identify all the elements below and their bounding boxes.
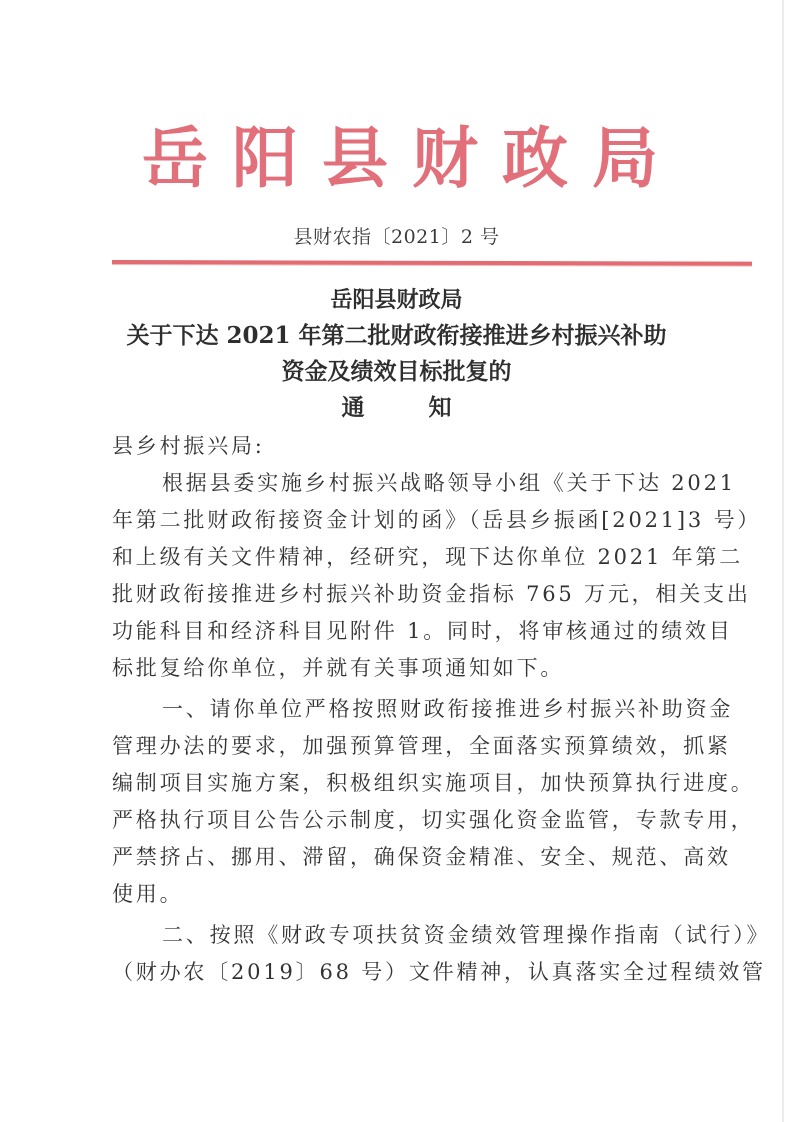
body-line: 一、请你单位严格按照财政衔接推进乡村振兴补助资金 <box>112 691 702 728</box>
title-notice: 通 知 <box>0 390 793 426</box>
body-line: （财办农〔2019〕68 号）文件精神，认真落实全过程绩效管 <box>112 954 702 991</box>
document-title: 岳阳县财政局 关于下达 2021 年第二批财政衔接推进乡村振兴补助 资金及绩效目… <box>0 282 793 426</box>
body-line: 年第二批财政衔接资金计划的函》（岳县乡振函[2021]3 号） <box>112 502 702 539</box>
body-line: 严格执行项目公告公示制度，切实强化资金监管，专款专用， <box>112 802 702 839</box>
body-line: 使用。 <box>112 876 702 913</box>
page-edge-shadow <box>782 0 784 1122</box>
org-header-char: 政 <box>500 125 570 191</box>
body-line: 管理办法的要求，加强预算管理，全面落实预算绩效，抓紧 <box>112 728 702 765</box>
paragraph-item-2: 二、按照《财政专项扶贫资金绩效管理操作指南（试行）》 （财办农〔2019〕68 … <box>112 917 702 991</box>
paragraph-intro: 根据县委实施乡村振兴战略领导小组《关于下达 2021 年第二批财政衔接资金计划的… <box>112 465 702 687</box>
title-line-1: 关于下达 2021 年第二批财政衔接推进乡村振兴补助 <box>0 318 793 354</box>
title-line-2: 资金及绩效目标批复的 <box>0 354 793 390</box>
body-line: 标批复给你单位，并就有关事项通知如下。 <box>112 650 702 687</box>
paragraph-item-1: 一、请你单位严格按照财政衔接推进乡村振兴补助资金 管理办法的要求，加强预算管理，… <box>112 691 702 913</box>
body-line: 编制项目实施方案，积极组织实施项目，加快预算执行进度。 <box>112 765 702 802</box>
addressee: 县乡村振兴局: <box>112 428 702 465</box>
org-header-char: 岳 <box>140 125 210 191</box>
org-red-header: 岳 阳 县 财 政 局 <box>140 118 660 198</box>
body-line: 严禁挤占、挪用、滞留，确保资金精准、安全、规范、高效 <box>112 839 702 876</box>
body-line: 根据县委实施乡村振兴战略领导小组《关于下达 2021 <box>112 465 702 502</box>
org-header-char: 阳 <box>230 125 300 191</box>
org-header-char: 财 <box>410 125 480 191</box>
body-line: 批财政衔接推进乡村振兴补助资金指标 765 万元，相关支出 <box>112 576 702 613</box>
org-header-char: 县 <box>320 125 390 191</box>
body-line: 功能科目和经济科目见附件 1。同时，将审核通过的绩效目 <box>112 613 702 650</box>
body-line: 二、按照《财政专项扶贫资金绩效管理操作指南（试行）》 <box>112 917 702 954</box>
document-body: 县乡村振兴局: 根据县委实施乡村振兴战略领导小组《关于下达 2021 年第二批财… <box>112 428 702 991</box>
org-header-char: 局 <box>590 125 660 191</box>
title-issuer: 岳阳县财政局 <box>0 282 793 318</box>
red-divider-line <box>112 260 752 266</box>
document-number: 县财农指〔2021〕2 号 <box>0 222 793 249</box>
body-line: 和上级有关文件精神，经研究，现下达你单位 2021 年第二 <box>112 539 702 576</box>
document-page: 岳 阳 县 财 政 局 县财农指〔2021〕2 号 岳阳县财政局 关于下达 20… <box>0 0 793 1122</box>
